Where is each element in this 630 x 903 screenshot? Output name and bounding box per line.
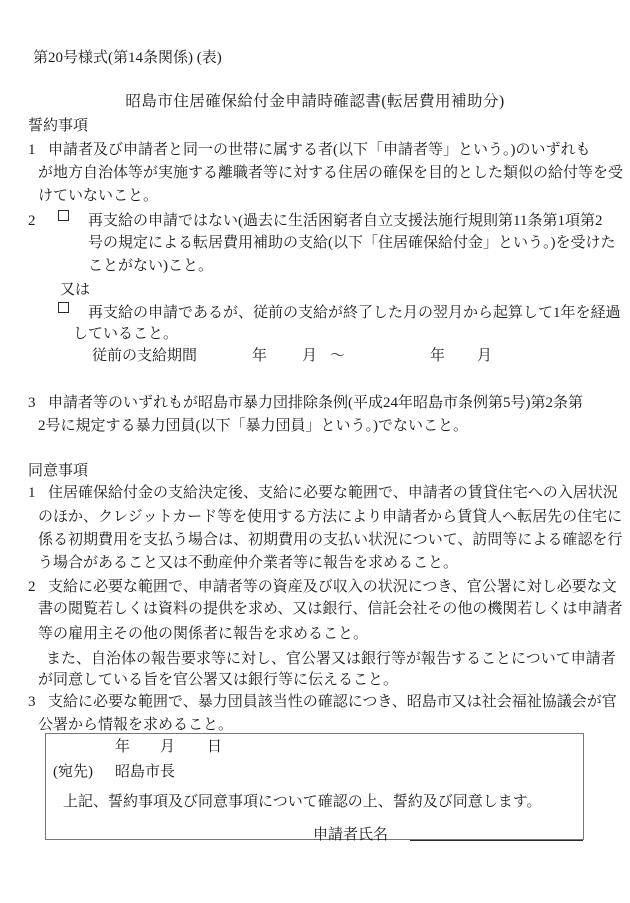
item-number: 2	[28, 210, 36, 232]
pledge-item2-optionB-line2: していること。	[0, 323, 630, 345]
pledge-item2-optionB-line1: 再支給の申請であるが、従前の支給が終了した月の翌月から起算して1年を経過	[0, 302, 630, 324]
pledge-item2-optionA-text: ことがない)こと。	[88, 255, 213, 277]
consent-section-heading-line: 同意事項	[0, 460, 630, 482]
day-unit-label: 日	[207, 736, 222, 758]
pledge-section-heading-line: 誓約事項	[0, 115, 630, 137]
document-title: 昭島市住居確保給付金申請時確認書(転居費用補助分)	[125, 93, 504, 110]
consent-item2-line1: 2 支給に必要な範囲で、申請者等の資産及び収入の状況につき、官公署に対し必要な文	[0, 576, 630, 598]
not-resupply-checkbox[interactable]	[58, 210, 69, 221]
pledge-item1-text: 申請者及び申請者と同一の世帯に属する者(以下「申請者等」という。)のいずれも	[48, 139, 591, 161]
applicant-name-field[interactable]	[410, 824, 583, 841]
previous-payment-period-line: 従前の支給期間 年 月 〜 年 月	[0, 345, 630, 367]
year-unit-label: 年	[115, 736, 130, 758]
form-number: 第20号様式(第14条関係) (表)	[33, 47, 222, 69]
consent-item2-line2: 書の閲覧若しくは資料の提供を求め、又は銀行、信託会社その他の機関若しくは申請者	[0, 598, 630, 620]
item-number: 1	[28, 139, 36, 161]
consent-item2-sub-text: が同意している旨を官公署又は銀行等に伝えること。	[38, 669, 398, 691]
month-unit-label: 月	[160, 736, 175, 758]
previous-period-label: 従前の支給期間	[92, 345, 197, 367]
item-number: 2	[28, 576, 36, 598]
pledge-item1-text: が地方自治体等が実施する離職者等に対する住居の確保を目的とした類似の給付等を受	[38, 162, 623, 184]
consent-item2-line3: 等の雇用主その他の関係者に報告を求めること。	[0, 623, 630, 645]
month-unit-label: 月	[477, 345, 492, 367]
addressee-line: (宛先) 昭島市長	[0, 761, 630, 783]
or-label-line: 又は	[0, 279, 630, 301]
pledge-item2-optionA-text: 再支給の申請ではない(過去に生活困窮者自立支援法施行規則第11条第1項第2	[88, 210, 602, 232]
document-title-line: 昭島市住居確保給付金申請時確認書(転居費用補助分)	[0, 91, 630, 113]
pledge-item2-optionB-text: 再支給の申請であるが、従前の支給が終了した月の翌月から起算して1年を経過	[88, 302, 621, 324]
consent-item2-sub-line1: また、自治体の報告要求等に対し、官公署又は銀行等が報告することについて申請者	[0, 648, 630, 670]
consent-heading: 同意事項	[28, 460, 88, 482]
consent-item1-text: 住居確保給付金の支給決定後、支給に必要な範囲で、申請者の賃貸住宅への入居状況	[48, 482, 618, 504]
pledge-item1-text: けていないこと。	[38, 185, 158, 207]
or-label: 又は	[60, 279, 90, 301]
range-tilde: 〜	[330, 345, 345, 367]
consent-item1-line4: う場合があること又は不動産仲介業者等に報告を求めること。	[0, 552, 630, 574]
consent-item2-sub-line2: が同意している旨を官公署又は銀行等に伝えること。	[0, 669, 630, 691]
pledge-heading: 誓約事項	[28, 115, 88, 137]
pledge-item2-optionA-line3: ことがない)こと。	[0, 255, 630, 277]
pledge-item2-optionA-line1: 2 再支給の申請ではない(過去に生活困窮者自立支援法施行規則第11条第1項第2	[0, 210, 630, 232]
consent-item3-text: 支給に必要な範囲で、暴力団員該当性の確認につき、昭島市又は社会福祉協議会が官	[48, 691, 617, 713]
pledge-item2-optionA-line2: 号の規定による転居費用補助の支給(以下「住居確保給付金」という。)を受けた	[0, 232, 630, 254]
signature-date-line: 年 月 日	[0, 736, 630, 758]
pledge-item2-optionA-text: 号の規定による転居費用補助の支給(以下「住居確保給付金」という。)を受けた	[88, 232, 616, 254]
pledge-item3-line1: 3 申請者等のいずれもが昭島市暴力団排除条例(平成24年昭島市条例第5号)第2条…	[0, 392, 630, 414]
month-unit-label: 月	[302, 345, 317, 367]
pledge-item1-line2: が地方自治体等が実施する離職者等に対する住居の確保を目的とした類似の給付等を受	[0, 162, 630, 184]
consent-item1-text: のほか、クレジットカード等を使用する方法により申請者から賃貸人へ転居先の住宅に	[38, 506, 622, 528]
consent-item2-text: 書の閲覧若しくは資料の提供を求め、又は銀行、信託会社その他の機関若しくは申請者	[38, 598, 622, 620]
resupply-after-one-year-checkbox[interactable]	[58, 302, 69, 313]
year-unit-label: 年	[430, 345, 445, 367]
pledge-item1-line1: 1 申請者及び申請者と同一の世帯に属する者(以下「申請者等」という。)のいずれも	[0, 139, 630, 161]
pledge-item3-text: 2号に規定する暴力団員(以下「暴力団員」という。)でないこと。	[38, 415, 468, 437]
addressee-name: 昭島市長	[115, 761, 175, 783]
year-unit-label: 年	[252, 345, 267, 367]
consent-item1-line2: のほか、クレジットカード等を使用する方法により申請者から賃貸人へ転居先の住宅に	[0, 506, 630, 528]
applicant-name-line: 申請者氏名	[0, 824, 630, 846]
consent-item3-line1: 3 支給に必要な範囲で、暴力団員該当性の確認につき、昭島市又は社会福祉協議会が官	[0, 691, 630, 713]
form-number-line: 第20号様式(第14条関係) (表)	[0, 47, 630, 69]
item-number: 3	[28, 392, 36, 414]
consent-item1-text: う場合があること又は不動産仲介業者等に報告を求めること。	[38, 552, 458, 574]
consent-item1-line1: 1 住居確保給付金の支給決定後、支給に必要な範囲で、申請者の賃貸住宅への入居状況	[0, 482, 630, 504]
confirmation-form-page: 第20号様式(第14条関係) (表) 昭島市住居確保給付金申請時確認書(転居費用…	[0, 0, 630, 903]
consent-item2-text: 等の雇用主その他の関係者に報告を求めること。	[38, 623, 368, 645]
pledge-item1-line3: けていないこと。	[0, 185, 630, 207]
consent-item1-line3: 係る初期費用を支払う場合は、初期費用の支払い状況について、訪問等による確認を行	[0, 529, 630, 551]
addressee-prefix: (宛先)	[53, 761, 93, 783]
consent-item2-sub-text: また、自治体の報告要求等に対し、官公署又は銀行等が報告することについて申請者	[46, 648, 616, 670]
item-number: 3	[28, 691, 36, 713]
pledge-item2-optionB-text: していること。	[73, 323, 178, 345]
item-number: 1	[28, 482, 36, 504]
pledge-item3-line2: 2号に規定する暴力団員(以下「暴力団員」という。)でないこと。	[0, 415, 630, 437]
pledge-item3-text: 申請者等のいずれもが昭島市暴力団排除条例(平成24年昭島市条例第5号)第2条第	[48, 392, 583, 414]
applicant-name-label: 申請者氏名	[313, 824, 388, 846]
consent-item2-text: 支給に必要な範囲で、申請者等の資産及び収入の状況につき、官公署に対し必要な文	[48, 576, 617, 598]
consent-item1-text: 係る初期費用を支払う場合は、初期費用の支払い状況について、訪問等による確認を行	[38, 529, 622, 551]
confirmation-statement-line: 上記、誓約事項及び同意事項について確認の上、誓約及び同意します。	[0, 791, 630, 813]
confirmation-statement: 上記、誓約事項及び同意事項について確認の上、誓約及び同意します。	[63, 791, 542, 813]
